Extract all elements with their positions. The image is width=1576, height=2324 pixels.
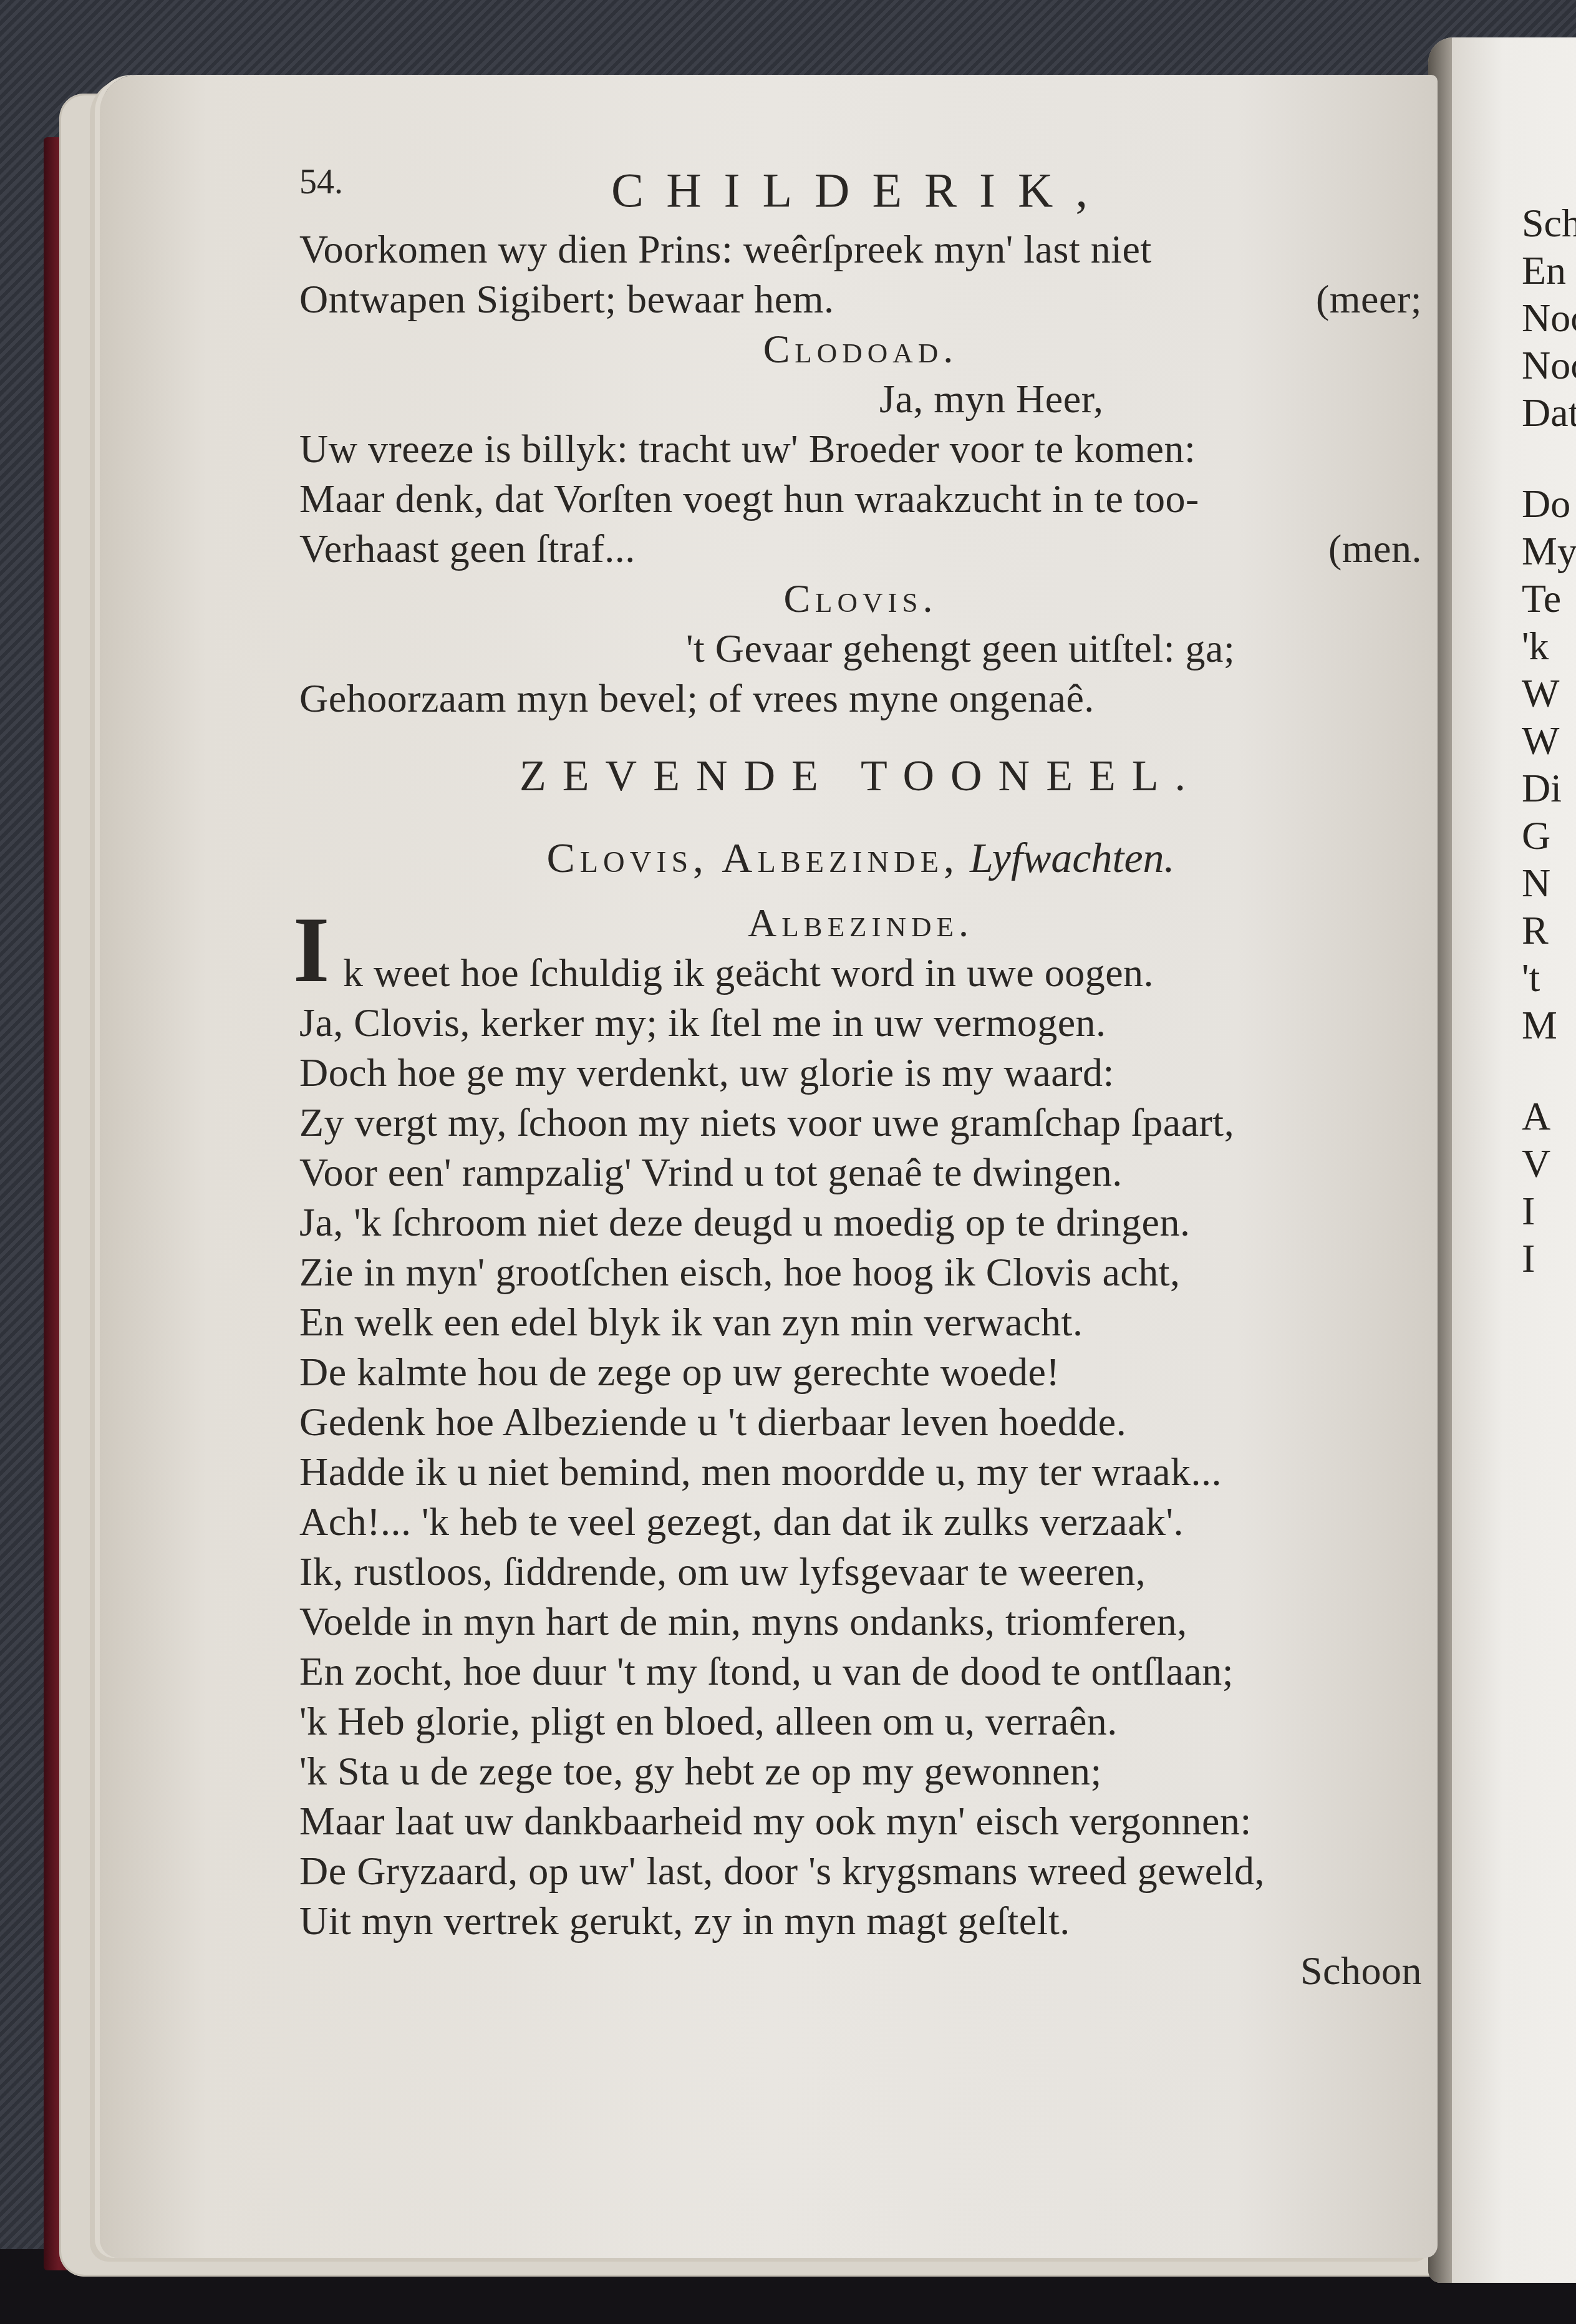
facing-page-line: En	[1522, 247, 1576, 294]
facing-page-line: Dat	[1522, 389, 1576, 437]
facing-page-line: Scho	[1522, 200, 1576, 247]
cast-names: Clovis, Albezinde,	[546, 834, 959, 881]
facing-page-line: I	[1522, 1188, 1576, 1235]
verse-line: 't Gevaar gehengt geen uitſtel: ga;	[299, 624, 1422, 674]
turnover: (meer;	[1316, 274, 1422, 324]
facing-page-line	[1522, 1049, 1576, 1093]
facing-page-line: My	[1522, 528, 1576, 575]
verse-line: Maar laat uw dankbaarheid my ook myn' ei…	[299, 1796, 1422, 1846]
page-header: 54. CHILDERIK,	[299, 156, 1422, 225]
turnover: (men.	[1328, 524, 1422, 574]
speaker-name: Albezinde.	[299, 898, 1422, 948]
scene-cast: Clovis, Albezinde, Lyfwachten.	[299, 817, 1422, 898]
facing-page: SchoEnNooNooDatDoMyTe'kWWDiGNR'tMAVII	[1428, 37, 1576, 2283]
facing-page-line: V	[1522, 1140, 1576, 1188]
facing-page-line: Te	[1522, 575, 1576, 622]
opening-dialogue: Voorkomen wy dien Prins: weêrſpreek myn'…	[299, 225, 1422, 724]
catchword: Schoon	[299, 1946, 1422, 1996]
facing-page-line: N	[1522, 859, 1576, 907]
verse-line: 'k Heb glorie, pligt en bloed, alleen om…	[299, 1697, 1422, 1746]
verse-line: De kalmte hou de zege op uw gerechte woe…	[299, 1347, 1422, 1397]
facing-page-line: W	[1522, 717, 1576, 765]
page-number: 54.	[299, 162, 343, 202]
verse-line: Ach!... 'k heb te veel gezegt, dan dat i…	[299, 1497, 1422, 1547]
verse-line: Doch hoe ge my verdenkt, uw glorie is my…	[299, 1048, 1422, 1098]
verse-line: Ik, rustloos, ſiddrende, om uw lyfsgevaa…	[299, 1547, 1422, 1597]
verse-line: Uw vreeze is billyk: tracht uw' Broeder …	[299, 424, 1422, 474]
facing-page-line: G	[1522, 812, 1576, 859]
facing-page-line: W	[1522, 670, 1576, 717]
facing-page-line: Noo	[1522, 294, 1576, 342]
verse-line: En welk een edel blyk ik van zyn min ver…	[299, 1297, 1422, 1347]
running-title: CHILDERIK,	[299, 156, 1422, 225]
verse-line: Verhaast geen ſtraf... (men.	[299, 524, 1422, 574]
verse-line: k weet hoe ſchuldig ik geächt word in uw…	[299, 948, 1422, 998]
verse-line: 'k Sta u de zege toe, gy hebt ze op my g…	[299, 1746, 1422, 1796]
verse-line: Ja, 'k ſchroom niet deze deugd u moedig …	[299, 1198, 1422, 1247]
verse-line: Zie in myn' grootſchen eisch, hoe hoog i…	[299, 1247, 1422, 1297]
facing-page-line: 'k	[1522, 622, 1576, 670]
facing-page-line: I	[1522, 1235, 1576, 1282]
speech-lines: k weet hoe ſchuldig ik geächt word in uw…	[299, 948, 1422, 1946]
facing-page-line: Do	[1522, 480, 1576, 528]
speaker-name: Clodoad.	[299, 324, 1422, 374]
facing-page-line	[1522, 437, 1576, 480]
facing-page-line: Di	[1522, 765, 1576, 812]
facing-page-line: Noo	[1522, 342, 1576, 389]
verse-line: Ja, Clovis, kerker my; ik ſtel me in uw …	[299, 998, 1422, 1048]
verse-line: Uit myn vertrek gerukt, zy in myn magt g…	[299, 1896, 1422, 1946]
facing-page-line: R	[1522, 907, 1576, 954]
verse-line: Maar denk, dat Vorſten voegt hun wraakzu…	[299, 474, 1422, 524]
verse-line: Voelde in myn hart de min, myns ondanks,…	[299, 1597, 1422, 1647]
cast-extras: Lyfwachten.	[970, 834, 1174, 881]
verse-line: Zy vergt my, ſchoon my niets voor uwe gr…	[299, 1098, 1422, 1148]
verse-line: Hadde ik u niet bemind, men moordde u, m…	[299, 1447, 1422, 1497]
facing-page-line: A	[1522, 1093, 1576, 1140]
verse-line: Gedenk hoe Albeziende u 't dierbaar leve…	[299, 1397, 1422, 1447]
verse-line: Gehoorzaam myn bevel; of vrees myne onge…	[299, 674, 1422, 724]
verse-line: Ja, myn Heer,	[299, 374, 1422, 424]
facing-page-text: SchoEnNooNooDatDoMyTe'kWWDiGNR'tMAVII	[1522, 200, 1576, 1282]
facing-page-line: 't	[1522, 954, 1576, 1002]
verse-line: Voorkomen wy dien Prins: weêrſpreek myn'…	[299, 225, 1422, 274]
verse-line: En zocht, hoe duur 't my ſtond, u van de…	[299, 1647, 1422, 1697]
page-text: 54. CHILDERIK, Voorkomen wy dien Prins: …	[299, 156, 1422, 1996]
speech: Albezinde. I k weet hoe ſchuldig ik geäc…	[299, 898, 1422, 1946]
facing-page-line: M	[1522, 1002, 1576, 1049]
verse-line: De Gryzaard, op uw' last, door 's krygsm…	[299, 1846, 1422, 1896]
verse-line: Ontwapen Sigibert; bewaar hem. (meer;	[299, 274, 1422, 324]
verse-line: Voor een' rampzalig' Vrind u tot genaê t…	[299, 1148, 1422, 1198]
drop-cap: I	[293, 903, 329, 997]
speaker-name: Clovis.	[299, 574, 1422, 624]
scene-title: ZEVENDE TOONEEL.	[299, 736, 1422, 817]
